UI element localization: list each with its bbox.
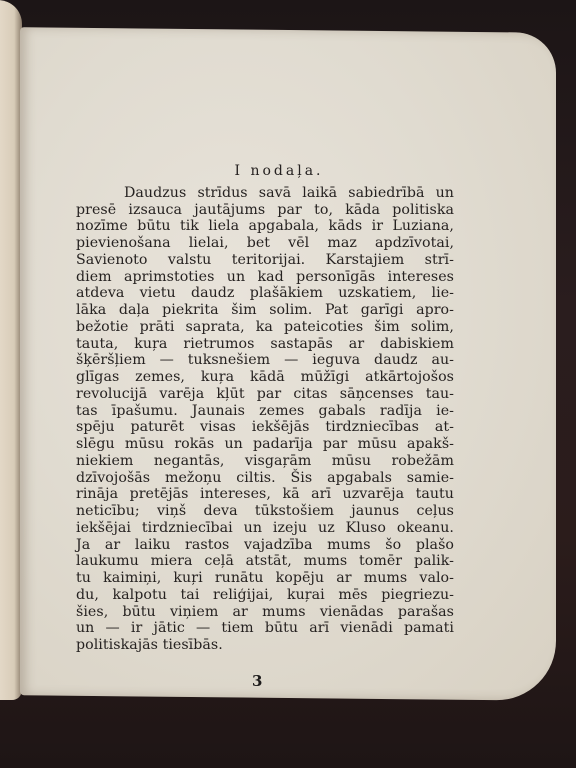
text-line: tu kaimiņi, kuŗi runātu kopēju ar mums v… <box>76 570 454 587</box>
text-line: revolucijā varēja kļūt par citas sāņcens… <box>76 386 454 403</box>
text-line: spēju paturēt visas iekšējās tirdzniecīb… <box>76 419 454 436</box>
text-line: Savienoto valstu teritorijai. Karstajiem… <box>76 252 454 269</box>
text-line: Ja ar laiku rastos vajadzība mums šo pla… <box>76 537 454 554</box>
text-line: presē izsauca jautājums par to, kāda pol… <box>76 202 454 219</box>
text-line: un — ir jātic — tiem būtu arī vienādi pa… <box>76 620 454 637</box>
text-line: diem aprimstoties un kad personīgās inte… <box>76 269 454 286</box>
text-line: du, kalpotu tai reliģijai, kuŗai mēs pie… <box>76 587 454 604</box>
text-line: slēgu mūsu rokās un padarīja par mūsu ap… <box>76 436 454 453</box>
text-line: iekšējai tirdzniecībai un izeju uz Kluso… <box>76 520 454 537</box>
text-line: politiskajās tiesībās. <box>76 637 454 654</box>
text-line: bežotie prāti saprata, ka pateicoties ši… <box>76 319 454 336</box>
text-line: niekiem negantās, visgaŗām mūsu robežām <box>76 453 454 470</box>
text-line: Daudzus strīdus savā laikā sabiedrībā un <box>76 185 454 202</box>
text-line: rināja pretējās intereses, kā arī uzvarē… <box>76 486 454 503</box>
page-number: 3 <box>252 672 262 690</box>
text-line: tas īpašumu. Jaunais zemes gabals radīja… <box>76 403 454 420</box>
text-line: tauta, kuŗa rietrumos sastapās ar dabisk… <box>76 336 454 353</box>
text-line: pievienošana lielai, bet vēl maz apdzīvo… <box>76 235 454 252</box>
previous-page-edge <box>0 0 22 700</box>
text-line: dzīvojošās mežoņu ciltis. Šis apgabals s… <box>76 470 454 487</box>
chapter-heading: I nodaļa. <box>76 163 454 180</box>
text-line: nozīme būtu tik liela apgabala, kāds ir … <box>76 218 454 235</box>
text-line: neticību; viņš deva tūkstošiem jaunus ce… <box>76 503 454 520</box>
text-line: atdeva vietu daudz plašākiem uzskatiem, … <box>76 285 454 302</box>
text-line: šķēršļiem — tuksnešiem — ieguva daudz au… <box>76 352 454 369</box>
page-text: I nodaļa. Daudzus strīdus savā laikā sab… <box>76 163 454 654</box>
text-line: lāka daļa piekrita šim solim. Pat garīgi… <box>76 302 454 319</box>
text-line: šies, būtu viņiem ar mums vienādas paraš… <box>76 604 454 621</box>
text-line: glīgas zemes, kuŗa kādā mūžīgi atkārtojo… <box>76 369 454 386</box>
text-line: laukumu miera ceļā atstāt, mums tomēr pa… <box>76 553 454 570</box>
